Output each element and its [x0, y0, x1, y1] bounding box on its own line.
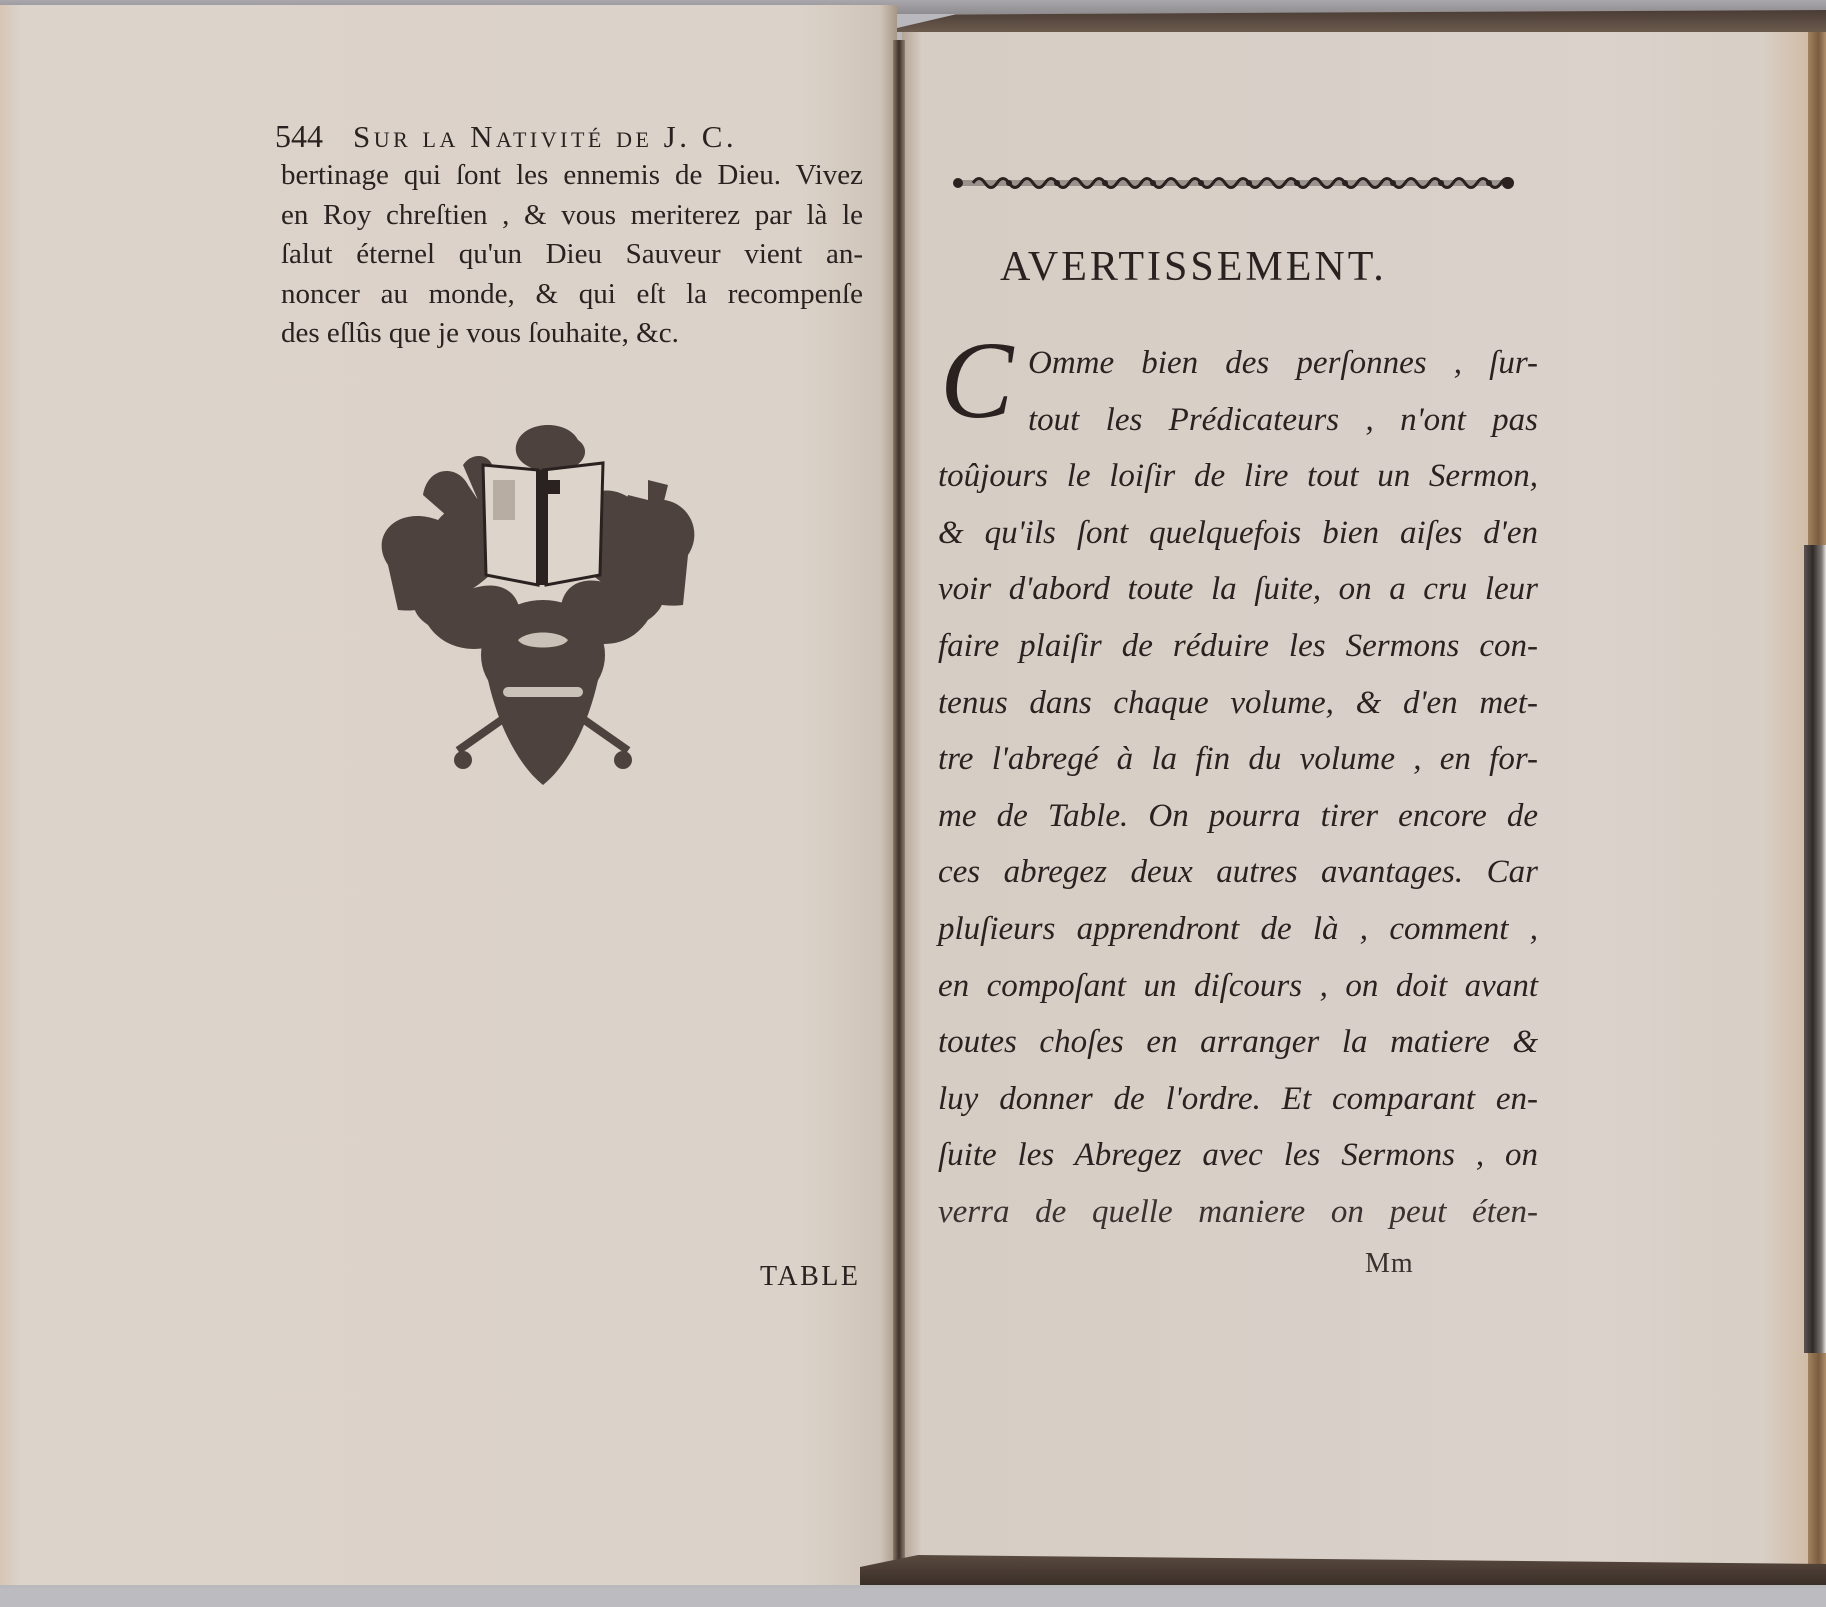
catchword: TABLE: [760, 1261, 860, 1293]
text-line: & qu'ils ſont quelquefois bien aiſes d'e…: [938, 505, 1538, 562]
signature-mark: Mm: [1365, 1248, 1414, 1280]
text-line: en Roy chreſtien , & vous meriterez par …: [281, 196, 863, 236]
running-title: Sur la Nativité de J. C.: [353, 119, 737, 155]
text-line: luy donner de l'ordre. Et comparant en-: [938, 1071, 1538, 1128]
text-line: Omme bien des perſonnes , ſur-: [938, 335, 1538, 392]
left-page-header: 544 Sur la Nativité de J. C.: [275, 118, 865, 155]
text-line: bertinage qui ſont les ennemis de Dieu. …: [281, 156, 863, 196]
text-line: me de Table. On pourra tirer encore de: [938, 788, 1538, 845]
text-line: verra de quelle maniere on peut éten-: [938, 1184, 1538, 1241]
text-line: voir d'abord toute la ſuite, on a cru le…: [938, 561, 1538, 618]
ornamental-headpiece-band-icon: [948, 172, 1518, 194]
page-number: 544: [275, 118, 323, 155]
backdrop-bottom: [0, 1588, 1826, 1607]
left-page-body: bertinage qui ſont les ennemis de Dieu. …: [281, 156, 863, 354]
section-title: AVERTISSEMENT.: [1000, 243, 1480, 291]
text-line: tout les Prédicateurs , n'ont pas: [938, 392, 1538, 449]
tailpiece-woodcut-icon: [368, 425, 708, 790]
book-gutter: [893, 40, 905, 1565]
text-line: ſuite les Abregez avec les Sermons , on: [938, 1127, 1538, 1184]
text-line: des eſlûs que je vous ſouhaite, &c.: [281, 314, 863, 354]
text-line: tre l'abregé à la fin du volume , en for…: [938, 731, 1538, 788]
text-line: tenus dans chaque volume, & d'en met-: [938, 675, 1538, 732]
page-marker-strip: [1804, 545, 1826, 1353]
text-line: pluſieurs apprendront de là , comment ,: [938, 901, 1538, 958]
text-line: faire plaiſir de réduire les Sermons con…: [938, 618, 1538, 675]
text-line: noncer au monde, & qui eſt la recompenſe: [281, 275, 863, 315]
text-line: ſalut éternel qu'un Dieu Sauveur vient a…: [281, 235, 863, 275]
text-line: ces abregez deux autres avantages. Car: [938, 844, 1538, 901]
text-line: toutes choſes en arranger la matiere &: [938, 1014, 1538, 1071]
text-line: en compoſant un diſcours , on doit avant: [938, 958, 1538, 1015]
right-page-body: Omme bien des perſonnes , ſur- tout les …: [938, 335, 1538, 1241]
text-line: toûjours le loiſir de lire tout un Sermo…: [938, 448, 1538, 505]
